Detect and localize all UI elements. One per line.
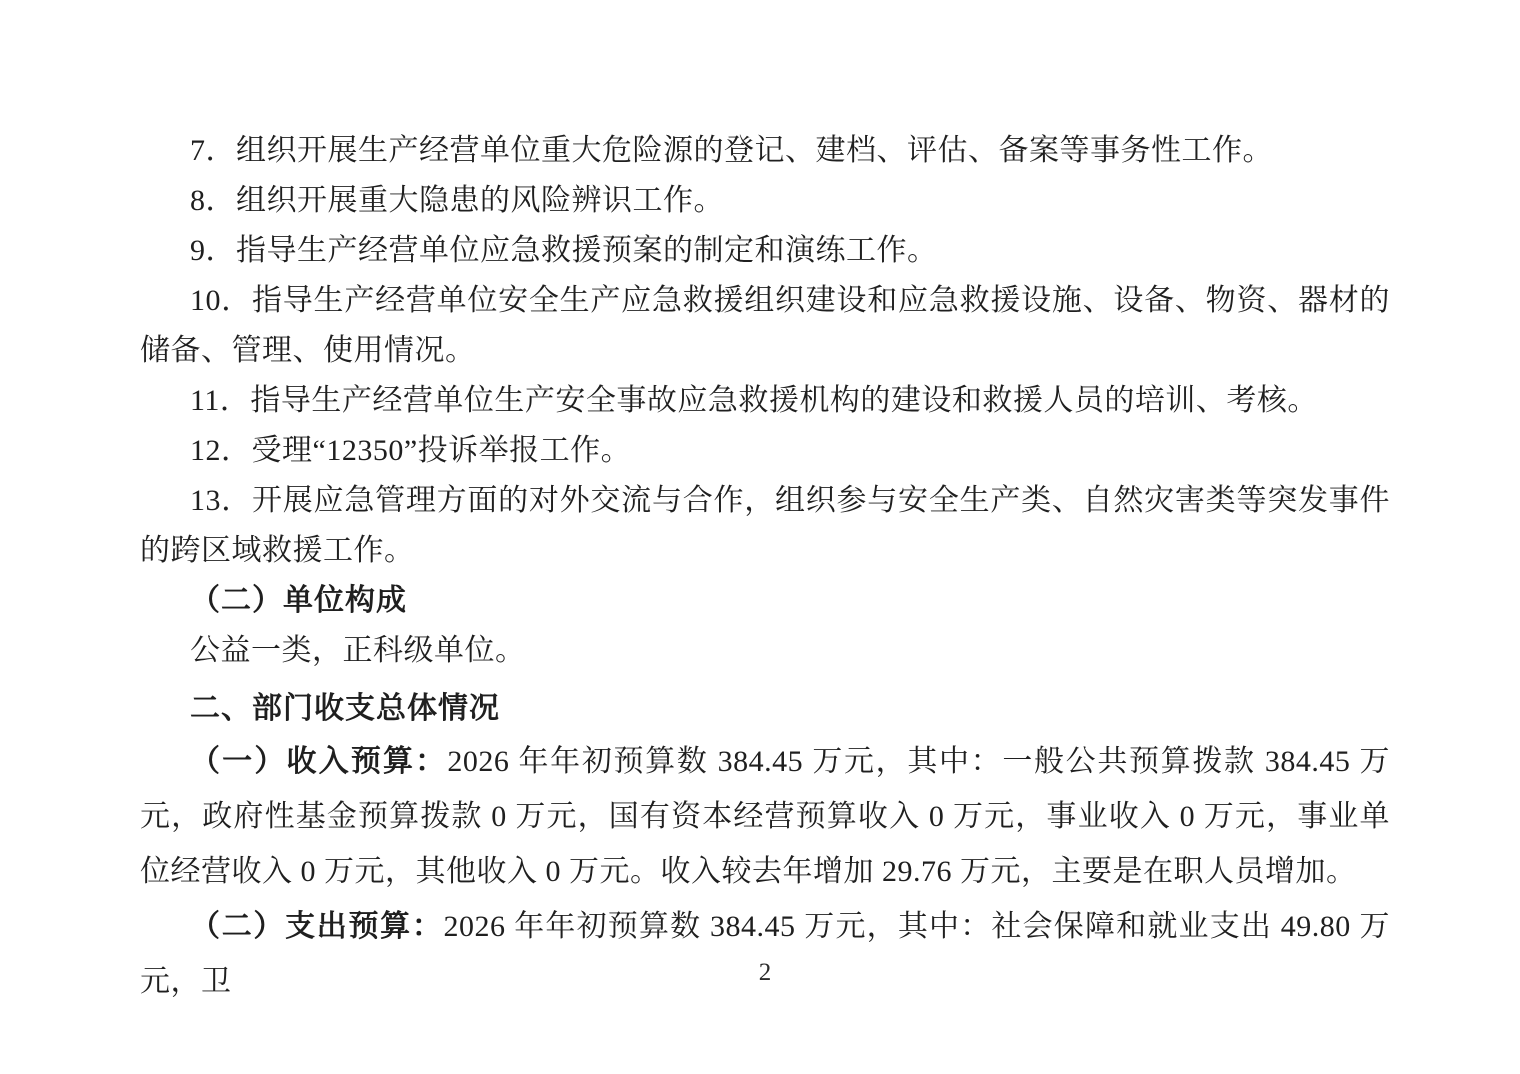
expense-budget-lead: （二）支出预算： [190, 910, 444, 943]
duty-item-7: 7．组织开展生产经营单位重大危险源的登记、建档、评估、备案等事务性工作。 [140, 126, 1390, 176]
expense-budget-paragraph: （二）支出预算：2026 年年初预算数 384.45 万元，其中：社会保障和就业… [140, 899, 1390, 1009]
document-page: 7．组织开展生产经营单位重大危险源的登记、建档、评估、备案等事务性工作。 8．组… [0, 0, 1520, 1074]
page-number: 2 [140, 956, 1390, 990]
section-heading-budget-overview: 二、部门收支总体情况 [140, 684, 1390, 734]
duty-item-10: 10．指导生产经营单位安全生产应急救援组织建设和应急救援设施、设备、物资、器材的… [140, 276, 1390, 376]
duty-item-13: 13．开展应急管理方面的对外交流与合作，组织参与安全生产类、自然灾害类等突发事件… [140, 476, 1390, 576]
income-budget-lead: （一）收入预算： [190, 745, 447, 778]
unit-composition-heading: （二）单位构成 [140, 576, 1390, 626]
unit-composition-body: 公益一类，正科级单位。 [140, 626, 1390, 676]
duty-item-8: 8．组织开展重大隐患的风险辨识工作。 [140, 176, 1390, 226]
document-content: 7．组织开展生产经营单位重大危险源的登记、建档、评估、备案等事务性工作。 8．组… [140, 126, 1390, 1009]
duty-item-9: 9．指导生产经营单位应急救援预案的制定和演练工作。 [140, 226, 1390, 276]
duty-item-11: 11．指导生产经营单位生产安全事故应急救援机构的建设和救援人员的培训、考核。 [140, 376, 1390, 426]
income-budget-paragraph: （一）收入预算：2026 年年初预算数 384.45 万元，其中：一般公共预算拨… [140, 734, 1390, 899]
duty-item-12: 12．受理“12350”投诉举报工作。 [140, 426, 1390, 476]
